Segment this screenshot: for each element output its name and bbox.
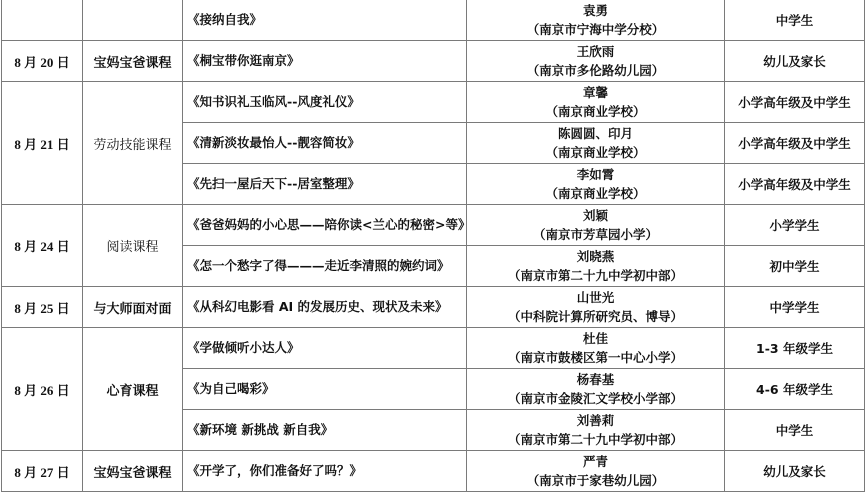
speaker-name: 李如霄 <box>467 165 724 184</box>
speaker-org: （南京市宁海中学分校） <box>467 20 724 39</box>
audience-cell: 中学生 <box>725 410 865 451</box>
speaker-cell: 刘颖 （南京市芳草园小学） <box>467 205 725 246</box>
category-cell: 劳动技能课程 <box>83 82 183 205</box>
course-title-cell: 《爸爸妈妈的小心思——陪你读<兰心的秘密>等》 <box>183 205 467 246</box>
speaker-org: （南京商业学校） <box>467 184 724 203</box>
speaker-name: 刘颖 <box>467 206 724 225</box>
table-row: 《接纳自我》 袁勇 （南京市宁海中学分校） 中学生 <box>2 0 865 41</box>
course-title-cell: 《学做倾听小达人》 <box>183 328 467 369</box>
course-title-cell: 《先扫一屋后天下--居室整理》 <box>183 164 467 205</box>
category-cell: 宝妈宝爸课程 <box>83 41 183 82</box>
speaker-org: （南京市金陵汇文学校小学部） <box>467 389 724 408</box>
audience-cell: 幼儿及家长 <box>725 451 865 492</box>
date-cell: 8 月 26 日 <box>2 328 83 451</box>
table-row: 8 月 26 日 心育课程 《学做倾听小达人》 杜佳 （南京市鼓楼区第一中心小学… <box>2 328 865 369</box>
table-row: 8 月 25 日 与大师面对面 《从科幻电影看 AI 的发展历史、现状及未来》 … <box>2 287 865 328</box>
speaker-cell: 李如霄 （南京商业学校） <box>467 164 725 205</box>
speaker-name: 杨春基 <box>467 370 724 389</box>
course-title-cell: 《接纳自我》 <box>183 0 467 41</box>
course-title-cell: 《从科幻电影看 AI 的发展历史、现状及未来》 <box>183 287 467 328</box>
table-row: 8 月 24 日 阅读课程 《爸爸妈妈的小心思——陪你读<兰心的秘密>等》 刘颖… <box>2 205 865 246</box>
speaker-cell: 山世光 （中科院计算所研究员、博导） <box>467 287 725 328</box>
category-cell: 宝妈宝爸课程 <box>83 451 183 492</box>
speaker-name: 章馨 <box>467 83 724 102</box>
course-title-cell: 《开学了，你们准备好了吗？》 <box>183 451 467 492</box>
date-cell: 8 月 25 日 <box>2 287 83 328</box>
date-cell <box>2 0 83 41</box>
category-cell: 与大师面对面 <box>83 287 183 328</box>
speaker-org: （南京市芳草园小学） <box>467 225 724 244</box>
course-title-cell: 《知书识礼玉临风--风度礼仪》 <box>183 82 467 123</box>
speaker-name: 刘晓燕 <box>467 247 724 266</box>
speaker-cell: 杨春基 （南京市金陵汇文学校小学部） <box>467 369 725 410</box>
audience-cell: 小学高年级及中学生 <box>725 164 865 205</box>
audience-cell: 小学学生 <box>725 205 865 246</box>
speaker-cell: 严青 （南京市于家巷幼儿园） <box>467 451 725 492</box>
speaker-org: （南京市第二十九中学初中部） <box>467 266 724 285</box>
date-cell: 8 月 20 日 <box>2 41 83 82</box>
speaker-cell: 刘善莉 （南京市第二十九中学初中部） <box>467 410 725 451</box>
speaker-org: （南京市多伦路幼儿园） <box>467 61 724 80</box>
speaker-cell: 刘晓燕 （南京市第二十九中学初中部） <box>467 246 725 287</box>
course-title-cell: 《新环境 新挑战 新自我》 <box>183 410 467 451</box>
speaker-name: 杜佳 <box>467 329 724 348</box>
speaker-cell: 章馨 （南京商业学校） <box>467 82 725 123</box>
course-title-cell: 《怎一个愁字了得———走近李清照的婉约词》 <box>183 246 467 287</box>
audience-cell: 幼儿及家长 <box>725 41 865 82</box>
speaker-name: 袁勇 <box>467 1 724 20</box>
course-title-cell: 《桐宝带你逛南京》 <box>183 41 467 82</box>
speaker-cell: 王欣雨 （南京市多伦路幼儿园） <box>467 41 725 82</box>
date-cell: 8 月 24 日 <box>2 205 83 287</box>
table-row: 8 月 27 日 宝妈宝爸课程 《开学了，你们准备好了吗？》 严青 （南京市于家… <box>2 451 865 492</box>
course-title-cell: 《清新淡妆最怡人--靓容简妆》 <box>183 123 467 164</box>
speaker-name: 山世光 <box>467 288 724 307</box>
speaker-name: 王欣雨 <box>467 42 724 61</box>
audience-cell: 4-6 年级学生 <box>725 369 865 410</box>
audience-cell: 中学生 <box>725 0 865 41</box>
course-title-cell: 《为自己喝彩》 <box>183 369 467 410</box>
speaker-cell: 袁勇 （南京市宁海中学分校） <box>467 0 725 41</box>
table-row: 8 月 20 日 宝妈宝爸课程 《桐宝带你逛南京》 王欣雨 （南京市多伦路幼儿园… <box>2 41 865 82</box>
speaker-cell: 陈圆圆、印月 （南京商业学校） <box>467 123 725 164</box>
course-schedule-table: 《接纳自我》 袁勇 （南京市宁海中学分校） 中学生 8 月 20 日 宝妈宝爸课… <box>1 0 865 492</box>
speaker-cell: 杜佳 （南京市鼓楼区第一中心小学） <box>467 328 725 369</box>
table-row: 8 月 21 日 劳动技能课程 《知书识礼玉临风--风度礼仪》 章馨 （南京商业… <box>2 82 865 123</box>
date-cell: 8 月 27 日 <box>2 451 83 492</box>
category-cell <box>83 0 183 41</box>
category-cell: 心育课程 <box>83 328 183 451</box>
date-cell: 8 月 21 日 <box>2 82 83 205</box>
audience-cell: 小学高年级及中学生 <box>725 82 865 123</box>
speaker-org: （南京商业学校） <box>467 102 724 121</box>
speaker-org: （南京商业学校） <box>467 143 724 162</box>
speaker-org: （南京市鼓楼区第一中心小学） <box>467 348 724 367</box>
audience-cell: 中学学生 <box>725 287 865 328</box>
speaker-name: 陈圆圆、印月 <box>467 124 724 143</box>
speaker-org: （南京市于家巷幼儿园） <box>467 471 724 490</box>
speaker-name: 刘善莉 <box>467 411 724 430</box>
category-cell: 阅读课程 <box>83 205 183 287</box>
audience-cell: 初中学生 <box>725 246 865 287</box>
speaker-org: （中科院计算所研究员、博导） <box>467 307 724 326</box>
audience-cell: 小学高年级及中学生 <box>725 123 865 164</box>
speaker-org: （南京市第二十九中学初中部） <box>467 430 724 449</box>
speaker-name: 严青 <box>467 452 724 471</box>
audience-cell: 1-3 年级学生 <box>725 328 865 369</box>
